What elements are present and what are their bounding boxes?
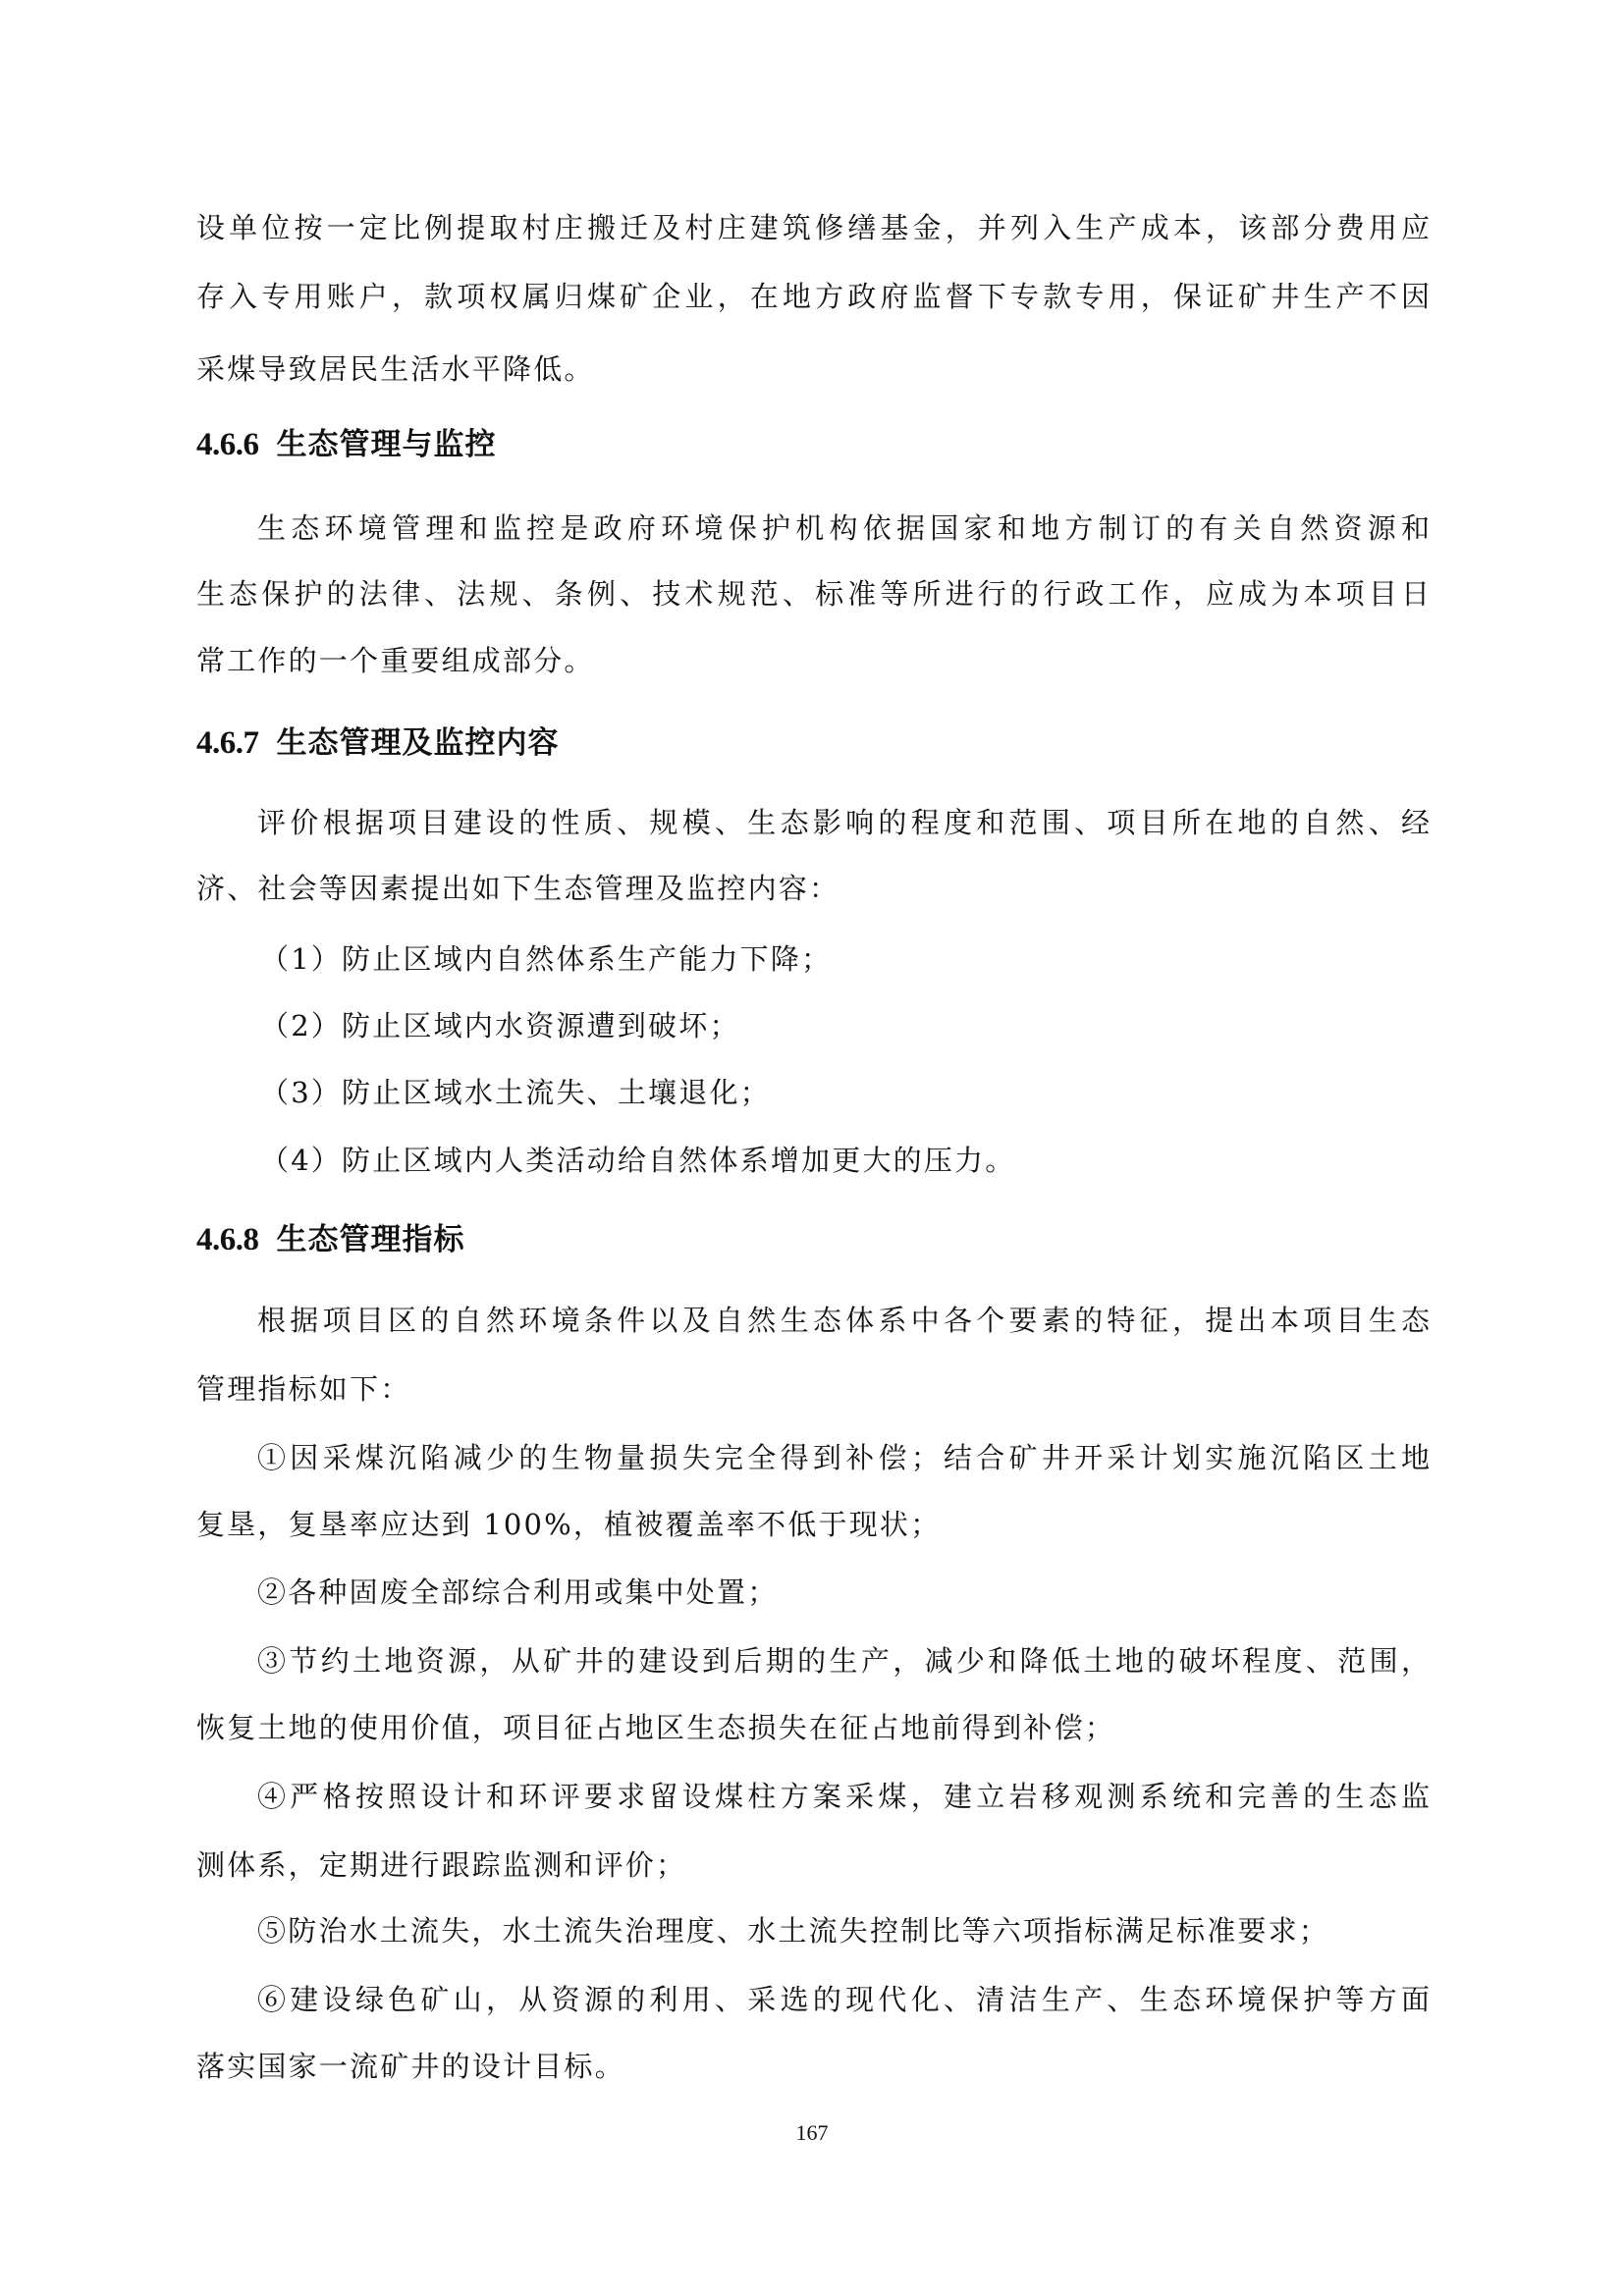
section-title: 生态管理与监控 xyxy=(277,427,497,462)
indicator-item: ⑥建设绿色矿山，从资源的利用、采选的现代化、清洁生产、生态环境保护等方面 xyxy=(257,1980,1430,2019)
list-item: （3）防止区域水土流失、土壤退化； xyxy=(260,1073,771,1112)
paragraph-line: 管理指标如下： xyxy=(196,1369,410,1409)
section-title: 生态管理指标 xyxy=(277,1222,465,1257)
indicator-item-continuation: 恢复土地的使用价值，项目征占地区生态损失在征占地前得到补偿； xyxy=(196,1708,1115,1747)
indicator-item: ②各种固废全部综合利用或集中处置； xyxy=(257,1573,778,1612)
paragraph-line: 存入专用账户，款项权属归煤矿企业，在地方政府监督下专款专用，保证矿井生产不因 xyxy=(196,277,1430,316)
section-number: 4.6.8 xyxy=(196,1222,259,1257)
paragraph-line: 常工作的一个重要组成部分。 xyxy=(196,641,595,680)
section-heading-4-6-7: 4.6.7生态管理及监控内容 xyxy=(196,721,560,766)
indicator-item-continuation: 测体系，定期进行跟踪监测和评价； xyxy=(196,1845,686,1885)
paragraph-line: 生态环境管理和监控是政府环境保护机构依据国家和地方制订的有关自然资源和 xyxy=(257,508,1430,548)
indicator-item: ⑤防治水土流失，水土流失治理度、水土流失控制比等六项指标满足标准要求； xyxy=(257,1911,1329,1950)
indicator-item-continuation: 复垦，复垦率应达到 100%，植被覆盖率不低于现状； xyxy=(196,1505,941,1544)
list-item: （1）防止区域内自然体系生产能力下降； xyxy=(260,939,832,979)
indicator-item: ①因采煤沉陷减少的生物量损失完全得到补偿；结合矿井开采计划实施沉陷区土地 xyxy=(257,1438,1430,1477)
paragraph-line: 评价根据项目建设的性质、规模、生态影响的程度和范围、项目所在地的自然、经 xyxy=(257,803,1430,842)
paragraph-line: 生态保护的法律、法规、条例、技术规范、标准等所进行的行政工作，应成为本项目日 xyxy=(196,574,1430,614)
section-number: 4.6.6 xyxy=(196,427,259,462)
paragraph-line: 设单位按一定比例提取村庄搬迁及村庄建筑修缮基金，并列入生产成本，该部分费用应 xyxy=(196,208,1430,247)
indicator-item-continuation: 落实国家一流矿井的设计目标。 xyxy=(196,2047,625,2086)
section-heading-4-6-8: 4.6.8生态管理指标 xyxy=(196,1217,465,1262)
section-heading-4-6-6: 4.6.6生态管理与监控 xyxy=(196,422,497,467)
section-number: 4.6.7 xyxy=(196,725,259,761)
page-number: 167 xyxy=(0,2120,1624,2146)
paragraph-line: 根据项目区的自然环境条件以及自然生态体系中各个要素的特征，提出本项目生态 xyxy=(257,1301,1430,1340)
indicator-item: ④严格按照设计和环评要求留设煤柱方案采煤，建立岩移观测系统和完善的生态监 xyxy=(257,1777,1430,1816)
list-item: （4）防止区域内人类活动给自然体系增加更大的压力。 xyxy=(260,1141,1015,1180)
list-item: （2）防止区域内水资源遭到破坏； xyxy=(260,1006,740,1045)
paragraph-line: 采煤导致居民生活水平降低。 xyxy=(196,349,595,389)
section-title: 生态管理及监控内容 xyxy=(277,725,560,761)
paragraph-line: 济、社会等因素提出如下生态管理及监控内容： xyxy=(196,869,839,908)
indicator-item: ③节约土地资源，从矿井的建设到后期的生产，减少和降低土地的破坏程度、范围， xyxy=(257,1641,1430,1681)
